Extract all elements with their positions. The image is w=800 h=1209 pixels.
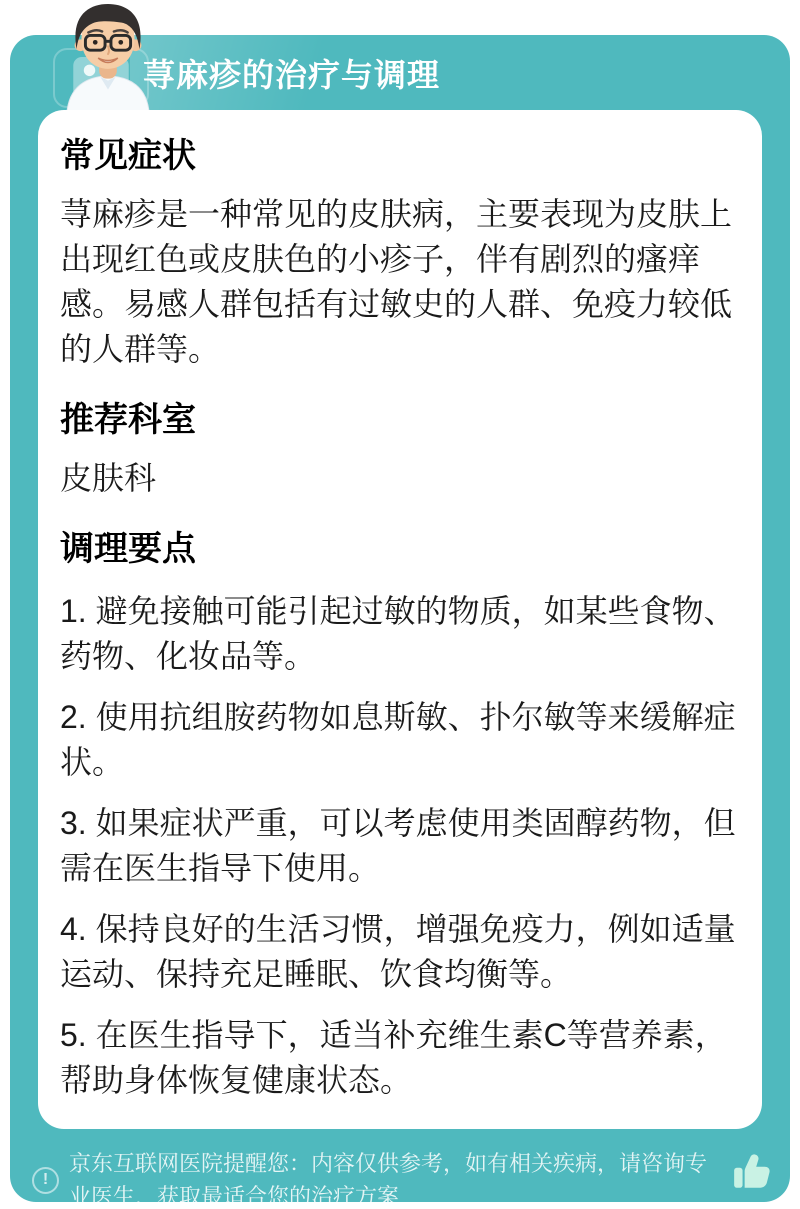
care-point-1: 1. 避免接触可能引起过敏的物质，如某些食物、药物、化妆品等。 — [60, 589, 746, 679]
disclaimer-text: 京东互联网医院提醒您：内容仅供参考，如有相关疾病，请咨询专业医生，获取最适合您的… — [69, 1147, 721, 1209]
care-point-4: 4. 保持良好的生活习惯，增强免疫力，例如适量运动、保持充足睡眠、饮食均衡等。 — [60, 907, 746, 997]
page-background: 荨麻疹的治疗与调理 常见症状 荨麻疹是一种常见的皮肤病，主要表现为皮肤上出现红色… — [0, 0, 800, 1209]
doctor-avatar-illustration — [48, 4, 168, 114]
content-card: 常见症状 荨麻疹是一种常见的皮肤病，主要表现为皮肤上出现红色或皮肤色的小疹子，伴… — [38, 110, 762, 1129]
symptoms-text: 荨麻疹是一种常见的皮肤病，主要表现为皮肤上出现红色或皮肤色的小疹子，伴有剧烈的瘙… — [60, 192, 746, 372]
section-heading-care: 调理要点 — [60, 525, 746, 573]
care-point-5: 5. 在医生指导下，适当补充维生素C等营养素，帮助身体恢复健康状态。 — [60, 1013, 746, 1103]
page-title: 荨麻疹的治疗与调理 — [143, 35, 440, 110]
section-heading-symptoms: 常见症状 — [60, 132, 746, 180]
health-advice-panel: 荨麻疹的治疗与调理 常见症状 荨麻疹是一种常见的皮肤病，主要表现为皮肤上出现红色… — [10, 35, 790, 1202]
doctor-avatar — [48, 4, 168, 114]
care-point-3: 3. 如果症状严重，可以考虑使用类固醇药物，但需在医生指导下使用。 — [60, 801, 746, 891]
disclaimer-footer: ! 京东互联网医院提醒您：内容仅供参考，如有相关疾病，请咨询专业医生，获取最适合… — [10, 1147, 790, 1209]
section-heading-department: 推荐科室 — [60, 396, 746, 444]
thumbs-up-icon — [731, 1154, 773, 1190]
care-point-2: 2. 使用抗组胺药物如息斯敏、扑尔敏等来缓解症状。 — [60, 695, 746, 785]
department-text: 皮肤科 — [60, 456, 746, 501]
info-icon: ! — [32, 1167, 59, 1194]
thumbs-up-button[interactable] — [731, 1154, 773, 1193]
